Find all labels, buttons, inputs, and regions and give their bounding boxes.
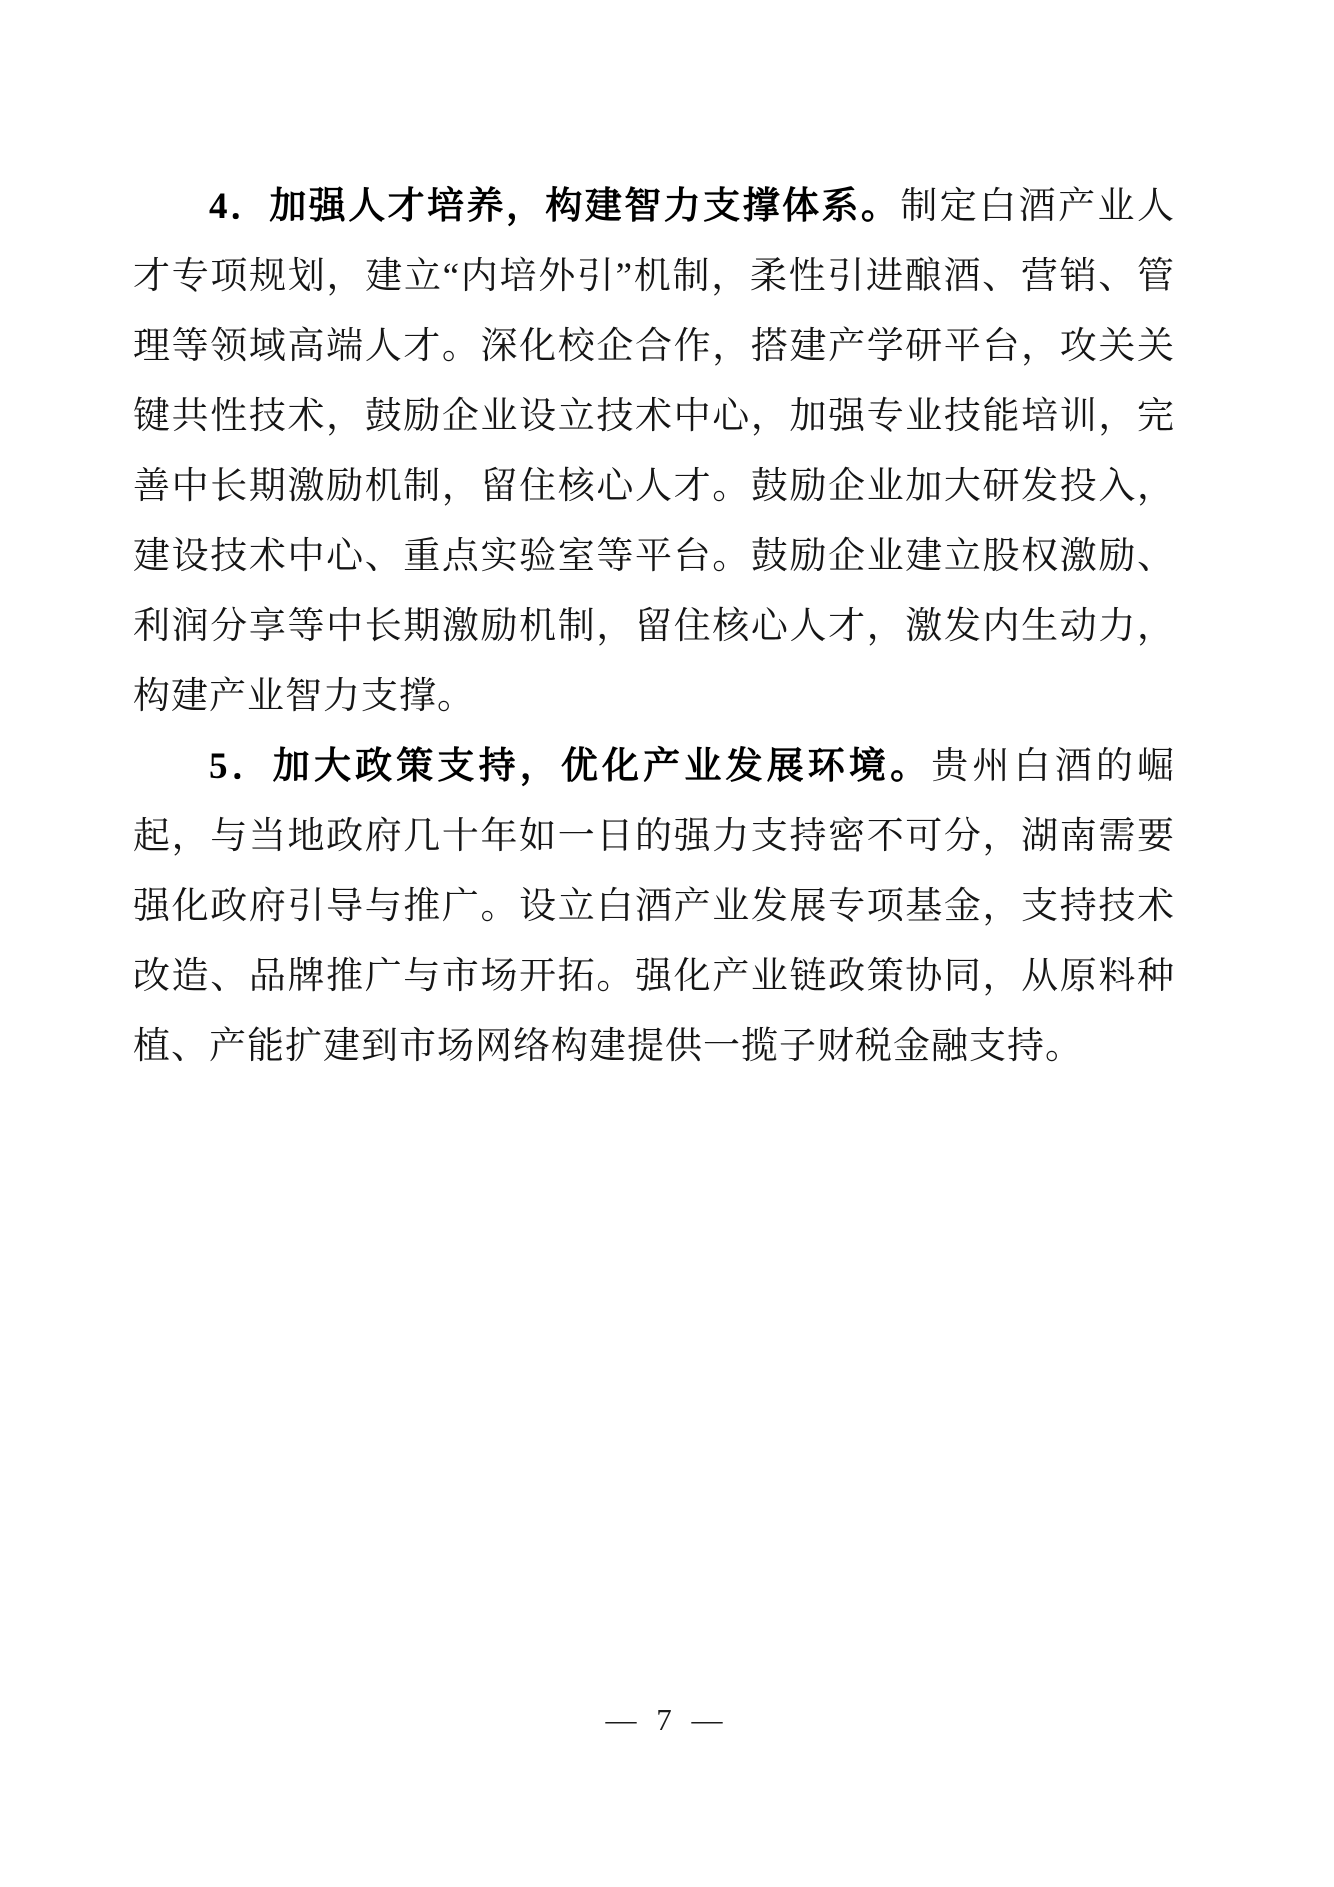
paragraph-4-text: 制定白酒产业人才专项规划，建立“内培外引”机制，柔性引进酿酒、营销、管理等领域高…: [133, 186, 1175, 717]
paragraph-4-lead: 4．加强人才培养，构建智力支撑体系。: [209, 186, 900, 227]
page-footer: — 7 —: [0, 1702, 1334, 1738]
paragraph-5-text: 贵州白酒的崛起，与当地政府几十年如一日的强力支持密不可分，湖南需要强化政府引导与…: [133, 746, 1175, 1067]
paragraph-4: 4．加强人才培养，构建智力支撑体系。制定白酒产业人才专项规划，建立“内培外引”机…: [133, 172, 1175, 732]
document-body: 4．加强人才培养，构建智力支撑体系。制定白酒产业人才专项规划，建立“内培外引”机…: [133, 172, 1175, 1082]
paragraph-5: 5．加大政策支持，优化产业发展环境。贵州白酒的崛起，与当地政府几十年如一日的强力…: [133, 732, 1175, 1082]
page-number: — 7 —: [606, 1702, 729, 1737]
paragraph-5-lead: 5．加大政策支持，优化产业发展环境。: [209, 746, 931, 787]
